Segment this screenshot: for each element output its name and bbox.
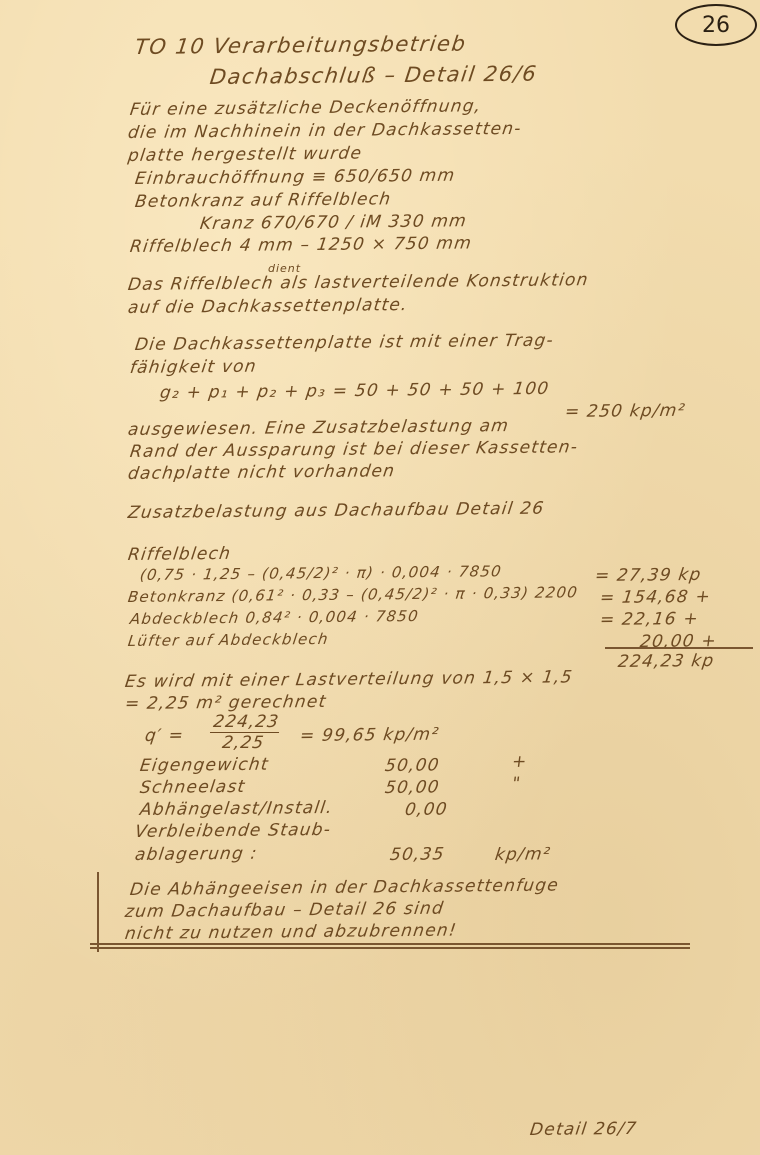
capacity-line: ausgewiesen. Eine Zusatzbelastung am — [127, 416, 511, 440]
note-underline-1 — [90, 943, 690, 945]
load-mark: " — [511, 774, 523, 794]
q-denominator: 2,25 — [221, 733, 266, 753]
load-label: Abhängelast/Install. — [139, 798, 334, 820]
load-calc-value: = 154,68 + — [599, 587, 713, 608]
load-value: 0,00 — [404, 800, 449, 820]
q-result: = 99,65 kp/m² — [299, 725, 441, 746]
boxed-note-line: Die Abhängeeisen in der Dachkassettenfug… — [129, 876, 561, 900]
load-calc-expr: (0,75 · 1,25 – (0,45/2)² · π) · 0,004 · … — [139, 562, 503, 584]
intro-line: Für eine zusätzliche Deckenöffnung, — [129, 96, 483, 120]
load-label: ablagerung : — [134, 844, 259, 865]
boxed-note-line: zum Dachaufbau – Detail 26 sind — [124, 899, 446, 922]
sum-rule — [605, 647, 753, 649]
load-calc-value: = 22,16 + — [599, 609, 701, 630]
load-label: Verbleibende Staub- — [134, 820, 333, 842]
distribution-line: Es wird mit einer Lastverteilung von 1,5… — [124, 667, 574, 692]
q-label: q′ = — [144, 726, 186, 746]
additional-load-title: Zusatzbelastung aus Dachaufbau Detail 26 — [127, 499, 546, 523]
load-calc-value: 20,00 + — [639, 631, 718, 652]
page-number: 26 — [702, 13, 730, 38]
q-numerator: 224,23 — [210, 712, 282, 733]
distribution-line: = 2,25 m² gerechnet — [124, 692, 328, 714]
load-calc-expr: Lüfter auf Abdeckblech — [127, 630, 330, 650]
q-fraction: 224,23 2,25 — [207, 712, 282, 753]
load-calc-expr: Abdeckblech 0,84² · 0,004 · 7850 — [129, 607, 420, 628]
capacity-line: dachplatte nicht vorhanden — [127, 461, 397, 484]
note-left-border — [97, 872, 99, 952]
load-calc-label: Riffelblech — [127, 544, 233, 565]
intro-line: platte hergestellt wurde — [127, 144, 364, 166]
load-mark: + — [511, 752, 529, 772]
intro-line: Einbrauchöffnung ≡ 650/650 mm — [134, 166, 457, 189]
capacity-result: = 250 kp/m² — [564, 401, 687, 422]
intro-line: Riffelblech 4 mm – 1250 × 750 mm — [129, 233, 474, 257]
load-unit: kp/m² — [494, 844, 552, 865]
load-value: 50,00 — [384, 777, 441, 798]
boxed-note-line: nicht zu nutzen und abzubrennen! — [124, 921, 459, 944]
capacity-line: Rand der Aussparung ist bei dieser Kasse… — [129, 437, 580, 462]
load-label: Eigengewicht — [139, 755, 270, 776]
load-value: 50,35 — [389, 844, 446, 865]
capacity-line: fähigkeit von — [129, 357, 258, 378]
header-line-2: Dachabschluß – Detail 26/6 — [208, 62, 538, 89]
load-calc-expr: Betonkranz (0,61² · 0,33 – (0,45/2)² · π… — [127, 583, 579, 606]
riffelblech-note-line: Das Riffelblech als lastverteilende Kons… — [127, 270, 590, 295]
page-number-badge: 26 — [675, 4, 757, 46]
riffelblech-note-line: auf die Dachkassettenplatte. — [127, 295, 409, 318]
intro-line: Betonkranz auf Riffelblech — [134, 189, 393, 212]
header-line-1: TO 10 Verarbeitungsbetrieb — [133, 32, 468, 59]
load-calc-value: = 27,39 kp — [594, 565, 703, 586]
handwritten-calculation-sheet: 26 TO 10 Verarbeitungsbetrieb Dachabschl… — [0, 0, 760, 1155]
capacity-line: Die Dachkassettenplatte ist mit einer Tr… — [134, 331, 555, 355]
capacity-formula: g₂ + p₁ + p₂ + p₃ = 50 + 50 + 50 + 100 — [159, 379, 551, 403]
note-underline-2 — [90, 947, 690, 949]
load-label: Schneelast — [139, 777, 247, 798]
load-value: 50,00 — [384, 755, 441, 776]
load-calc-total: 224,23 kp — [617, 651, 716, 672]
intro-line: die im Nachhinein in der Dachkassetten- — [127, 119, 523, 143]
footer-detail-reference: Detail 26/7 — [529, 1119, 639, 1140]
intro-line: Kranz 670/670 / iM 330 mm — [199, 211, 469, 234]
